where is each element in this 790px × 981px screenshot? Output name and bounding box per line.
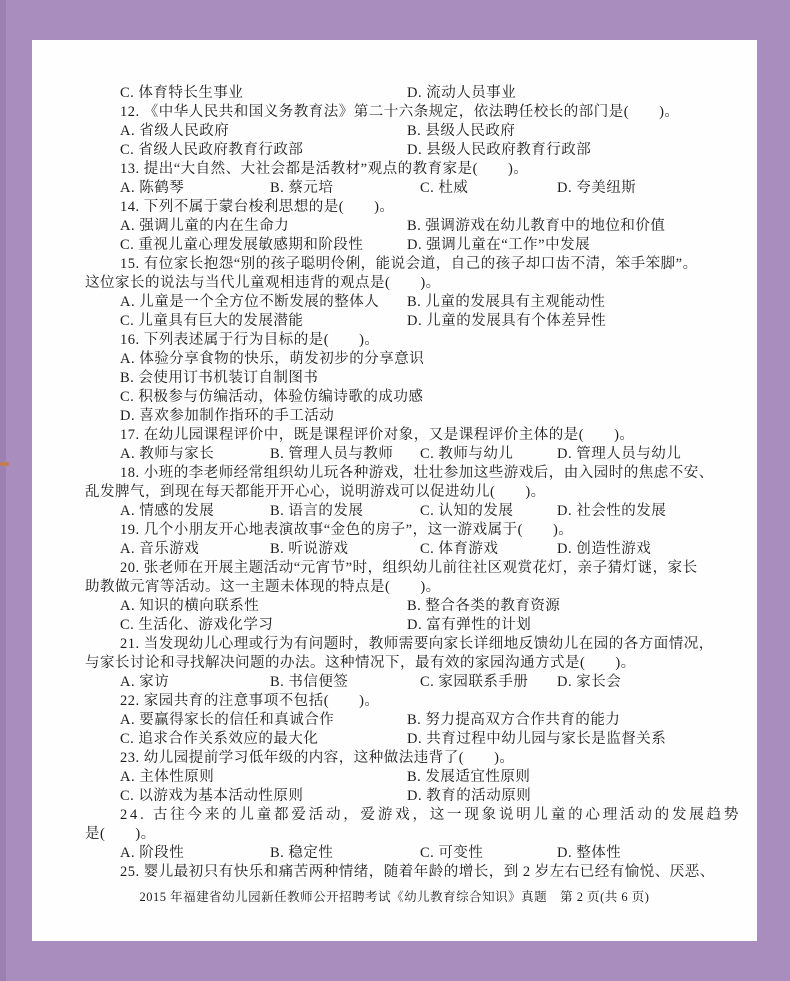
option-A: A. 主体性原则 bbox=[120, 768, 214, 787]
option-C: C. 教师与幼儿 bbox=[420, 445, 513, 464]
question-line: 17. 在幼儿园课程评价中，既是课程评价对象，又是课程评价主体的是( )。 bbox=[85, 426, 710, 445]
continuation-line: 是( )。 bbox=[85, 825, 710, 844]
option-D: D. 创造性游戏 bbox=[557, 540, 651, 559]
option-A: A. 情感的发展 bbox=[120, 502, 214, 521]
options-row: C. 儿童具有巨大的发展潜能D. 儿童的发展具有个体差异性 bbox=[85, 312, 710, 331]
options-row: A. 家访B. 书信便签C. 家园联系手册D. 家长会 bbox=[85, 673, 710, 692]
option-B: B. 儿童的发展具有主观能动性 bbox=[407, 293, 605, 312]
option-D: D. 儿童的发展具有个体差异性 bbox=[407, 312, 606, 331]
option-C: C. 体育游戏 bbox=[420, 540, 498, 559]
scan-edge-shadow bbox=[0, 0, 6, 981]
option-B: B. 蔡元培 bbox=[270, 179, 333, 198]
options-row: A. 音乐游戏B. 听说游戏C. 体育游戏D. 创造性游戏 bbox=[85, 540, 710, 559]
question-line: 15. 有位家长抱怨“别的孩子聪明伶俐，能说会道，自己的孩子却口齿不清，笨手笨脚… bbox=[85, 255, 710, 274]
page-footer: 2015 年福建省幼儿园新任教师公开招聘考试《幼儿教育综合知识》真题 第 2 页… bbox=[32, 887, 757, 905]
option-A: A. 知识的横向联系性 bbox=[120, 597, 259, 616]
option-A: A. 教师与家长 bbox=[120, 445, 214, 464]
question-line: 18. 小班的李老师经常组织幼儿玩各种游戏，壮壮参加这些游戏后，由入园时的焦虑不… bbox=[85, 464, 710, 483]
options-row: A. 主体性原则B. 发展适宜性原则 bbox=[85, 768, 710, 787]
option-D: D. 整体性 bbox=[557, 844, 621, 863]
question-line: 14. 下列不属于蒙台梭利思想的是( )。 bbox=[85, 198, 710, 217]
question-line: 24. 古往今来的儿童都爱活动，爱游戏，这一现象说明儿童的心理活动的发展趋势 bbox=[85, 806, 710, 825]
question-line: 21. 当发现幼儿心理或行为有问题时，教师需要向家长详细地反馈幼儿在园的各方面情… bbox=[85, 635, 710, 654]
options-row: C. 追求合作关系效应的最大化D. 共育过程中幼儿园与家长是监督关系 bbox=[85, 730, 710, 749]
options-row: C. 体育特长生事业D. 流动人员事业 bbox=[85, 84, 710, 103]
option-C: C. 认知的发展 bbox=[420, 502, 513, 521]
option-B: B. 稳定性 bbox=[270, 844, 333, 863]
question-line: 13. 提出“大自然、大社会都是活教材”观点的教育家是( )。 bbox=[85, 160, 710, 179]
option-B: B. 整合各类的教育资源 bbox=[407, 597, 560, 616]
question-line: 16. 下列表述属于行为目标的是( )。 bbox=[85, 331, 710, 350]
options-row: A. 省级人民政府B. 县级人民政府 bbox=[85, 122, 710, 141]
option-D: D. 家长会 bbox=[557, 673, 621, 692]
option-line: B. 会使用订书机装订自制图书 bbox=[85, 369, 710, 388]
option-A: A. 省级人民政府 bbox=[120, 122, 229, 141]
option-line: D. 喜欢参加制作指环的手工活动 bbox=[85, 407, 710, 426]
option-C: C. 追求合作关系效应的最大化 bbox=[120, 730, 318, 749]
question-line: 12. 《中华人民共和国义务教育法》第二十六条规定，依法聘任校长的部门是( )。 bbox=[85, 103, 710, 122]
continuation-line: 与家长讨论和寻找解决问题的办法。这种情况下，最有效的家园沟通方式是( )。 bbox=[85, 654, 710, 673]
option-D: D. 社会性的发展 bbox=[557, 502, 666, 521]
option-C: C. 儿童具有巨大的发展潜能 bbox=[120, 312, 303, 331]
option-A: A. 要赢得家长的信任和真诚合作 bbox=[120, 711, 334, 730]
option-D: D. 夸美纽斯 bbox=[557, 179, 636, 198]
continuation-line: 这位家长的说法与当代儿童观相违背的观点是( )。 bbox=[85, 274, 710, 293]
option-B: B. 发展适宜性原则 bbox=[407, 768, 530, 787]
option-A: A. 陈鹤琴 bbox=[120, 179, 184, 198]
question-line: 22. 家园共育的注意事项不包括( )。 bbox=[85, 692, 710, 711]
scan-artifact-mark bbox=[0, 462, 9, 466]
option-B: B. 县级人民政府 bbox=[407, 122, 515, 141]
options-row: C. 重视儿童心理发展敏感期和阶段性D. 强调儿童在“工作”中发展 bbox=[85, 236, 710, 255]
scanned-exam-screenshot: { "meta": { "bg_color": "#a98dbf", "edge… bbox=[0, 0, 790, 981]
continuation-line: 助教做元宵等活动。这一主题未体现的特点是( )。 bbox=[85, 578, 710, 597]
options-row: A. 强调儿童的内在生命力B. 强调游戏在幼儿教育中的地位和价值 bbox=[85, 217, 710, 236]
option-C: C. 杜威 bbox=[420, 179, 468, 198]
option-D: D. 共育过程中幼儿园与家长是监督关系 bbox=[407, 730, 666, 749]
option-D: D. 教育的活动原则 bbox=[407, 787, 531, 806]
options-row: A. 情感的发展B. 语言的发展C. 认知的发展D. 社会性的发展 bbox=[85, 502, 710, 521]
option-B: B. 强调游戏在幼儿教育中的地位和价值 bbox=[407, 217, 665, 236]
question-line: 23. 幼儿园提前学习低年级的内容，这种做法违背了( )。 bbox=[85, 749, 710, 768]
options-row: C. 生活化、游戏化学习D. 富有弹性的计划 bbox=[85, 616, 710, 635]
option-A: A. 家访 bbox=[120, 673, 169, 692]
option-D: D. 强调儿童在“工作”中发展 bbox=[407, 236, 590, 255]
option-C: C. 生活化、游戏化学习 bbox=[120, 616, 273, 635]
options-row: C. 省级人民政府教育行政部D. 县级人民政府教育行政部 bbox=[85, 141, 710, 160]
option-C: C. 体育特长生事业 bbox=[120, 84, 243, 103]
question-line: 19. 几个小朋友开心地表演故事“金色的房子”，这一游戏属于( )。 bbox=[85, 521, 710, 540]
options-row: C. 以游戏为基本活动性原则D. 教育的活动原则 bbox=[85, 787, 710, 806]
options-row: A. 儿童是一个全方位不断发展的整体人B. 儿童的发展具有主观能动性 bbox=[85, 293, 710, 312]
question-line: 25. 婴儿最初只有快乐和痛苦两种情绪，随着年龄的增长，到 2 岁左右已经有愉悦… bbox=[85, 863, 710, 882]
continuation-line: 乱发脾气，到现在每天都能开开心心，说明游戏可以促进幼儿( )。 bbox=[85, 483, 710, 502]
question-line: 20. 张老师在开展主题活动“元宵节”时，组织幼儿前往社区观赏花灯，亲子猜灯谜，… bbox=[85, 559, 710, 578]
options-row: A. 陈鹤琴B. 蔡元培C. 杜威D. 夸美纽斯 bbox=[85, 179, 710, 198]
option-D: D. 管理人员与幼儿 bbox=[557, 445, 681, 464]
option-D: D. 县级人民政府教育行政部 bbox=[407, 141, 591, 160]
option-C: C. 以游戏为基本活动性原则 bbox=[120, 787, 303, 806]
option-C: C. 重视儿童心理发展敏感期和阶段性 bbox=[120, 236, 363, 255]
option-C: C. 家园联系手册 bbox=[420, 673, 528, 692]
option-B: B. 管理人员与教师 bbox=[270, 445, 393, 464]
option-D: D. 富有弹性的计划 bbox=[407, 616, 531, 635]
option-A: A. 音乐游戏 bbox=[120, 540, 199, 559]
option-line: A. 体验分享食物的快乐，萌发初步的分享意识 bbox=[85, 350, 710, 369]
exam-body: C. 体育特长生事业D. 流动人员事业12. 《中华人民共和国义务教育法》第二十… bbox=[85, 84, 710, 882]
option-C: C. 可变性 bbox=[420, 844, 483, 863]
option-B: B. 书信便签 bbox=[270, 673, 348, 692]
exam-page: C. 体育特长生事业D. 流动人员事业12. 《中华人民共和国义务教育法》第二十… bbox=[32, 40, 757, 941]
option-A: A. 强调儿童的内在生命力 bbox=[120, 217, 289, 236]
option-C: C. 省级人民政府教育行政部 bbox=[120, 141, 303, 160]
option-A: A. 儿童是一个全方位不断发展的整体人 bbox=[120, 293, 379, 312]
options-row: A. 阶段性B. 稳定性C. 可变性D. 整体性 bbox=[85, 844, 710, 863]
options-row: A. 教师与家长B. 管理人员与教师C. 教师与幼儿D. 管理人员与幼儿 bbox=[85, 445, 710, 464]
options-row: A. 要赢得家长的信任和真诚合作B. 努力提高双方合作共育的能力 bbox=[85, 711, 710, 730]
option-D: D. 流动人员事业 bbox=[407, 84, 516, 103]
option-B: B. 语言的发展 bbox=[270, 502, 363, 521]
option-B: B. 努力提高双方合作共育的能力 bbox=[407, 711, 620, 730]
options-row: A. 知识的横向联系性B. 整合各类的教育资源 bbox=[85, 597, 710, 616]
option-line: C. 积极参与仿编活动，体验仿编诗歌的成功感 bbox=[85, 388, 710, 407]
option-B: B. 听说游戏 bbox=[270, 540, 348, 559]
option-A: A. 阶段性 bbox=[120, 844, 184, 863]
